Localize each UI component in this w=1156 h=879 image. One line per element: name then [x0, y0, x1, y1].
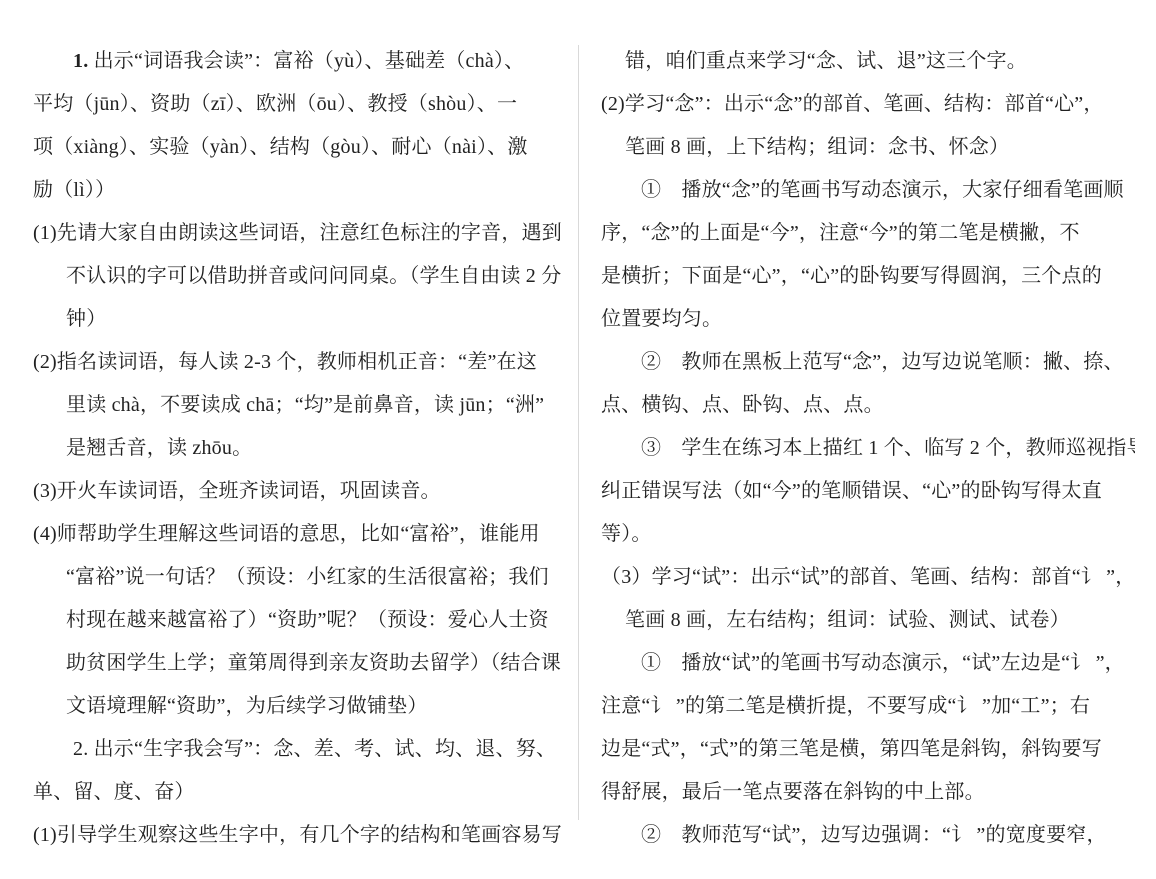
line: 文语境理解“资助”，为后续学习做铺垫） — [33, 685, 567, 728]
line: ① 播放“念”的笔画书写动态演示，大家仔细看笔画顺 — [601, 169, 1135, 212]
document-page: 1. 出示“词语我会读”：富裕（yù）、基础差（chà）、 平均（jūn）、资助… — [0, 0, 1156, 879]
line: (2)指名读词语，每人读 2-3 个，教师相机正音：“差”在这 — [33, 341, 567, 384]
line: 是横折；下面是“心”，“心”的卧钩要写得圆润，三个点的 — [601, 255, 1135, 298]
right-column: 错，咱们重点来学习“念、试、退”这三个字。 (2)学习“念”：出示“念”的部首、… — [601, 40, 1135, 857]
line: 是翘舌音，读 zhōu。 — [33, 427, 567, 470]
line: （3）学习“试”：出示“试”的部首、笔画、结构：部首“讠 ”， — [601, 556, 1135, 599]
line: 助贫困学生上学；童第周得到亲友资助去留学）（结合课 — [33, 642, 567, 685]
line: 位置要均匀。 — [601, 298, 1135, 341]
line: 等）。 — [601, 513, 1135, 556]
line: 项（xiàng）、实验（yàn）、结构（gòu）、耐心（nài）、激 — [33, 126, 567, 169]
line: 励（lì）） — [33, 169, 567, 212]
line: 不认识的字可以借助拼音或问问同桌。（学生自由读 2 分 — [33, 255, 567, 298]
line: (1)先请大家自由朗读这些词语，注意红色标注的字音，遇到 — [33, 212, 567, 255]
line: (2)学习“念”：出示“念”的部首、笔画、结构：部首“心”， — [601, 83, 1135, 126]
list-number: 1. — [73, 50, 88, 72]
line: 村现在越来越富裕了）“资助”呢？（预设：爱心人士资 — [33, 599, 567, 642]
line: 里读 chà，不要读成 chā；“均”是前鼻音，读 jūn；“洲” — [33, 384, 567, 427]
line: ① 播放“试”的笔画书写动态演示，“试”左边是“讠 ”， — [601, 642, 1135, 685]
line: 纠正错误写法（如“今”的笔顺错误、“心”的卧钩写得太直 — [601, 470, 1135, 513]
line: 2. 出示“生字我会写”：念、差、考、试、均、退、努、 — [33, 728, 567, 771]
line: 得舒展，最后一笔点要落在斜钩的中上部。 — [601, 771, 1135, 814]
column-divider — [578, 45, 579, 820]
line: ② 教师在黑板上范写“念”，边写边说笔顺：撇、捺、 — [601, 341, 1135, 384]
line: 序，“念”的上面是“今”，注意“今”的第二笔是横撇，不 — [601, 212, 1135, 255]
line: 点、横钩、点、卧钩、点、点。 — [601, 384, 1135, 427]
line: 笔画 8 画，上下结构；组词：念书、怀念） — [601, 126, 1135, 169]
line: ② 教师范写“试”，边写边强调：“讠 ”的宽度要窄， — [601, 814, 1135, 857]
left-column: 1. 出示“词语我会读”：富裕（yù）、基础差（chà）、 平均（jūn）、资助… — [33, 40, 567, 857]
line: (4)师帮助学生理解这些词语的意思，比如“富裕”，谁能用 — [33, 513, 567, 556]
line-text: 出示“词语我会读”：富裕（yù）、基础差（chà）、 — [88, 50, 524, 72]
line: 注意“讠 ”的第二笔是横折提，不要写成“讠 ”加“工”；右 — [601, 685, 1135, 728]
line: 平均（jūn）、资助（zī）、欧洲（ōu）、教授（shòu）、一 — [33, 83, 567, 126]
line: 钟） — [33, 298, 567, 341]
line: 边是“式”，“式”的第三笔是横，第四笔是斜钩，斜钩要写 — [601, 728, 1135, 771]
line: “富裕”说一句话？（预设：小红家的生活很富裕；我们 — [33, 556, 567, 599]
line: (3)开火车读词语，全班齐读词语，巩固读音。 — [33, 470, 567, 513]
line: 笔画 8 画，左右结构；组词：试验、测试、试卷） — [601, 599, 1135, 642]
line: (1)引导学生观察这些生字中，有几个字的结构和笔画容易写 — [33, 814, 567, 857]
line: ③ 学生在练习本上描红 1 个、临写 2 个，教师巡视指导， — [601, 427, 1135, 470]
line: 错，咱们重点来学习“念、试、退”这三个字。 — [601, 40, 1135, 83]
line: 单、留、度、奋） — [33, 771, 567, 814]
line: 1. 出示“词语我会读”：富裕（yù）、基础差（chà）、 — [33, 40, 567, 83]
